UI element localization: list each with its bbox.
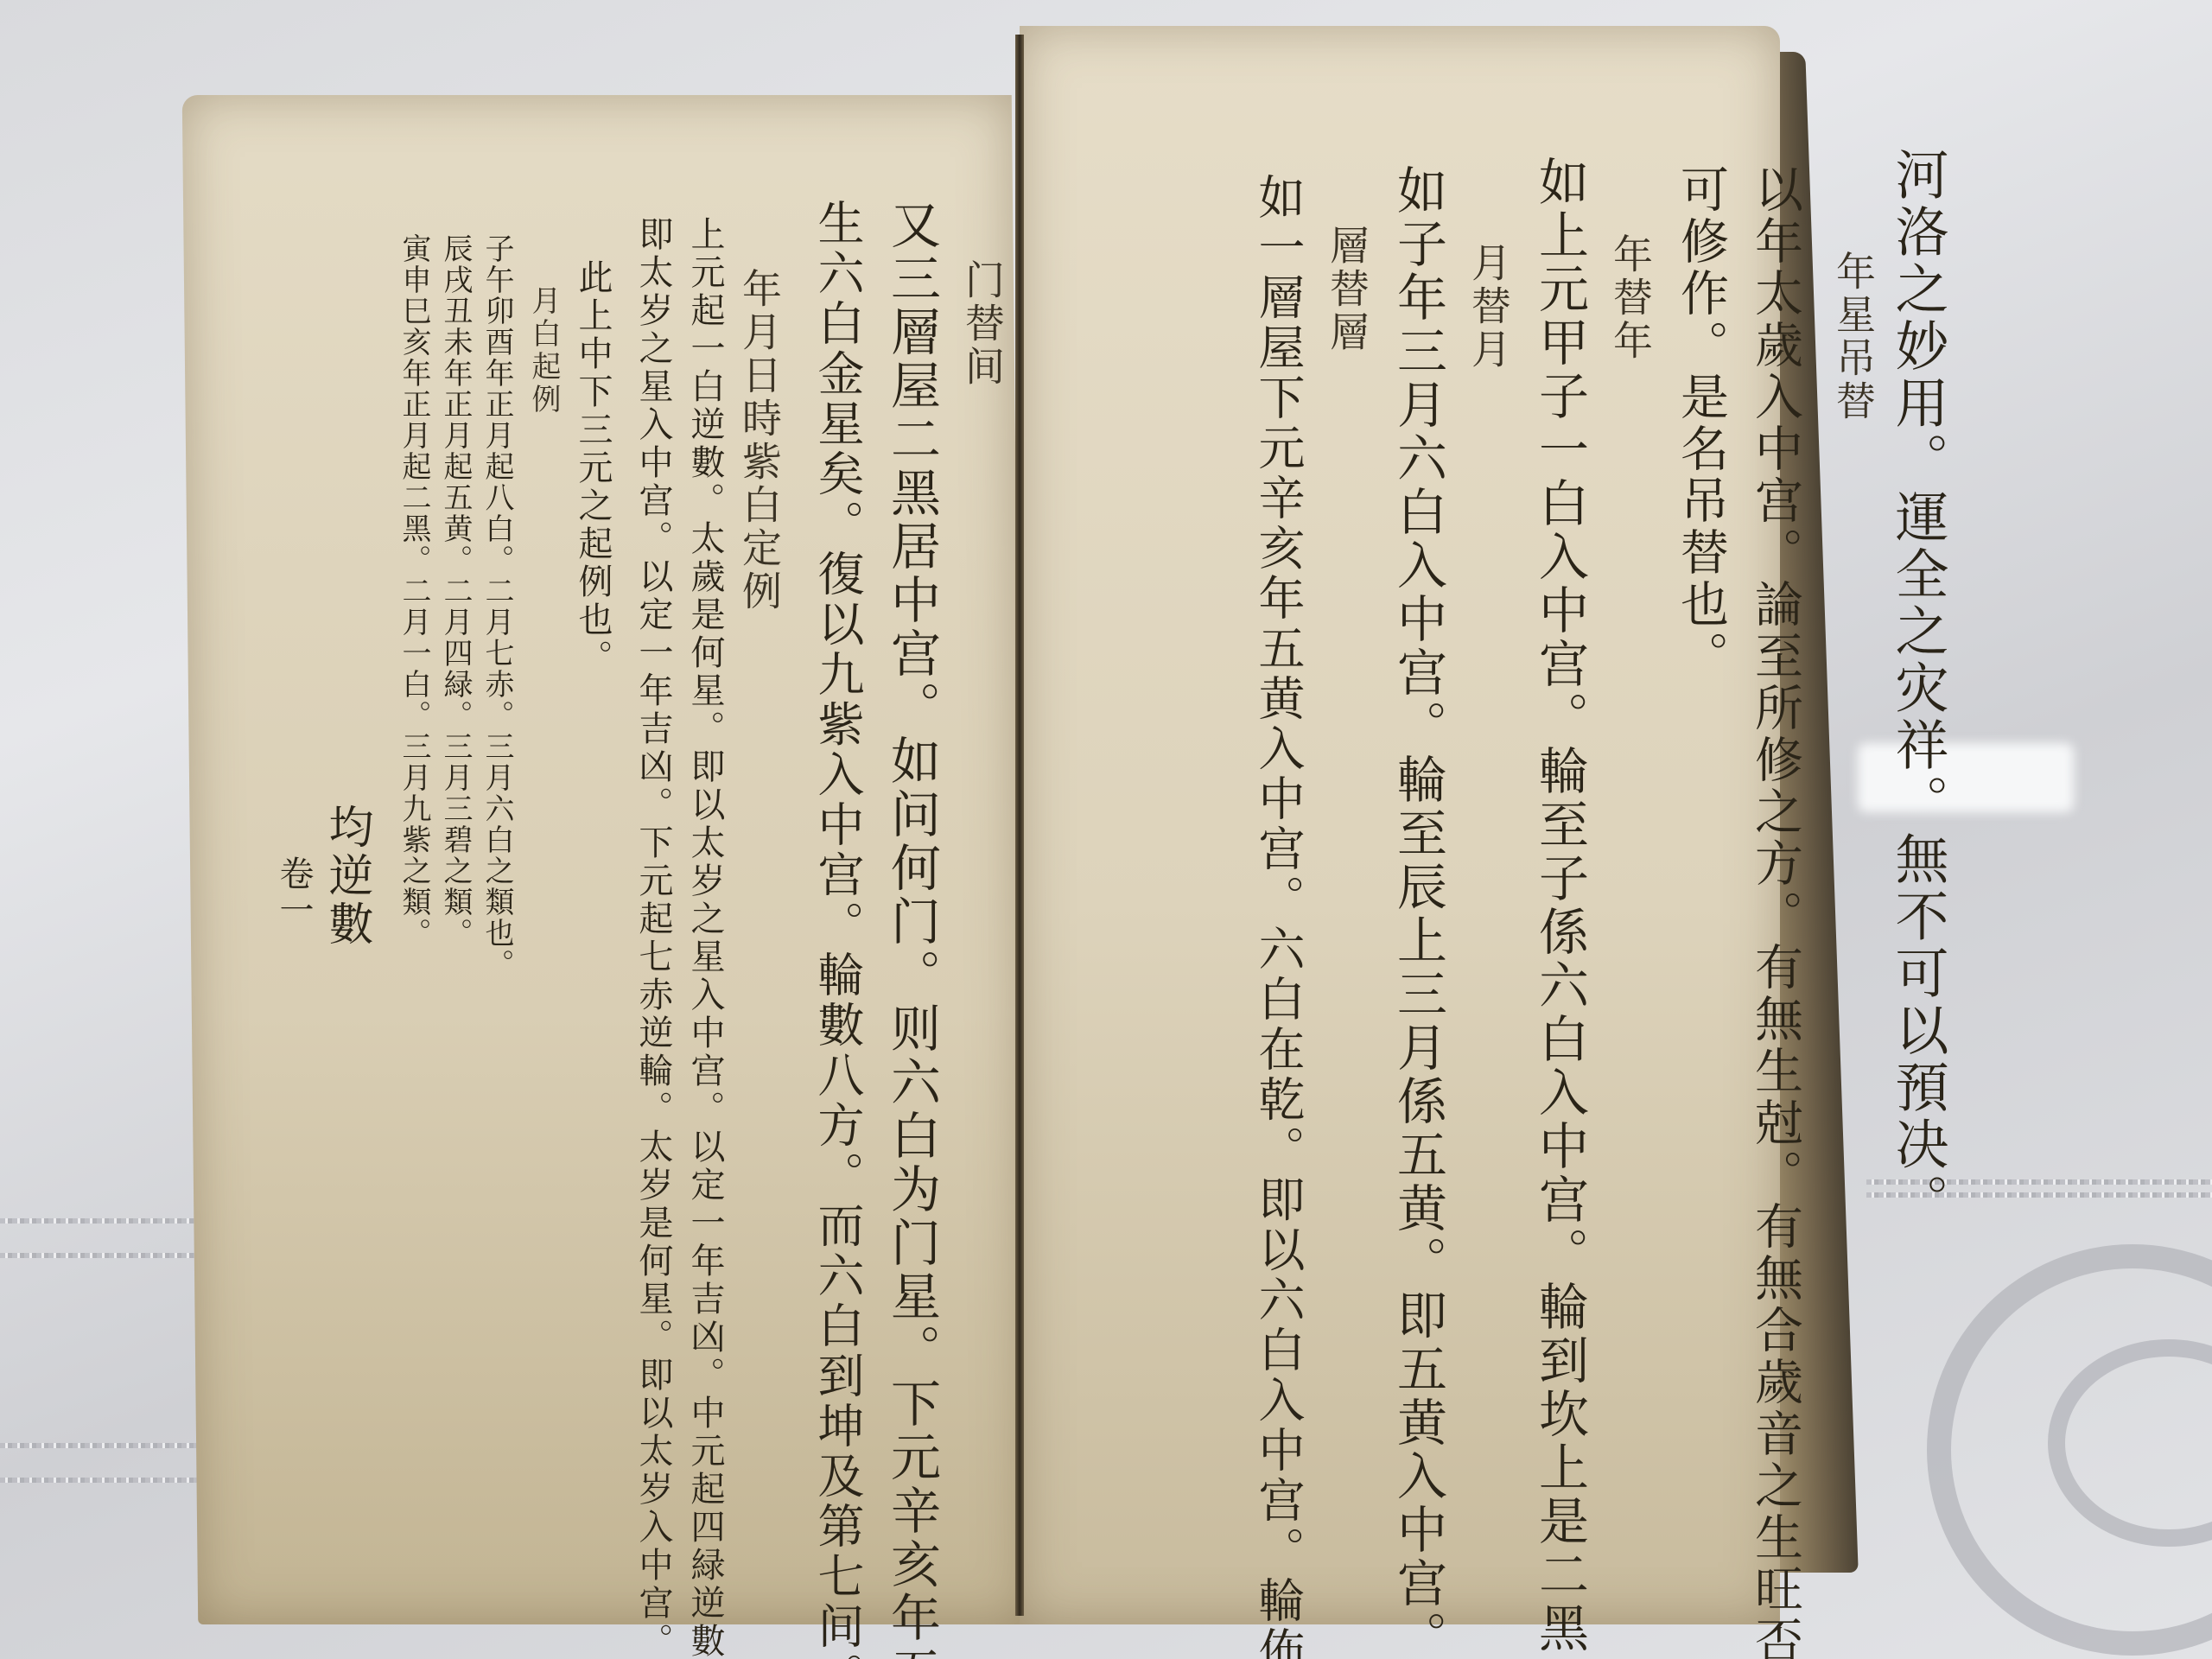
text-column: 河洛之妙用。運全之灾祥。無不可以預决。 <box>1891 147 1944 1599</box>
glitter-stripe <box>0 1478 216 1483</box>
text-column: 子午卯酉年正月起八白。二月七赤。三月六白之類也。 <box>482 233 512 1564</box>
text-column: 以年太歲入中宫。論至所修之方。有無生尅。有無合歲音之生旺否。據要吊三白到中宫。而… <box>1751 164 1799 1599</box>
text-column: 即太岁之星入中宫。以定一年吉凶。下元起七赤逆輪。太岁是何星。即以太岁入中宫。以定… <box>636 216 671 1564</box>
text-column: 生六白金星矣。復以九紫入中宫。輪數八方。而六白到坤及第七间。是门替间也。 <box>814 199 861 1564</box>
open-manuscript: 河洛之妙用。運全之灾祥。無不可以預决。 年星吊替 以年太歲入中宫。論至所修之方。… <box>190 17 1849 1642</box>
book-spine-gutter <box>1015 35 1024 1616</box>
text-column: 又三層屋二黑居中宫。如问何门。则六白为门星。下元辛亥年五黄入中宫。则又值九紫到门… <box>887 199 937 1564</box>
text-column: 可修作。是名吊替也。 <box>1676 164 1725 1599</box>
section-heading: 層替層 <box>1327 225 1367 1599</box>
folio-number: 卷一 <box>276 855 311 928</box>
section-heading: 月白起例 <box>529 285 558 1564</box>
section-heading: 年星吊替 <box>1834 251 1873 1599</box>
text-column: 此上中下三元之起例也。 <box>575 259 610 1564</box>
text-column: 寅申巳亥年正月起二黑。二月一白。三月九紫之類。 <box>399 233 429 1564</box>
section-heading: 年替年 <box>1611 233 1650 1599</box>
section-heading: 月替月 <box>1469 242 1509 1599</box>
text-column: 辰戌丑未年正月起五黄。二月四緑。三月三碧之類。 <box>441 233 470 1564</box>
annotation-note: 均逆數 <box>324 804 369 949</box>
right-page-text: 河洛之妙用。運全之灾祥。無不可以預决。 年星吊替 以年太歲入中宫。論至所修之方。… <box>1054 147 1944 1599</box>
section-heading: 门替间 <box>963 259 1002 1564</box>
text-column: 如一層屋下元辛亥年五黄入中宫。六白在乾。即以六白入中宫。輪佈八方。以視是生尅。是… <box>1255 173 1301 1599</box>
section-heading: 年月日時紫白定例 <box>740 268 779 1564</box>
text-column: 上元起一白逆數。太歲是何星。即以太岁之星入中宫。以定一年吉凶。中元起四緑逆數。太… <box>688 216 722 1564</box>
glitter-stripe <box>0 1443 216 1448</box>
text-column: 如子年三月六白入中宫。輪至辰上三月係五黄。即五黄入中宫。輪至辰上是四緑。此月替月… <box>1393 164 1443 1599</box>
glitter-stripe <box>0 1253 216 1258</box>
text-column: 如上元甲子一白入中宫。輪至子係六白入中宫。輪到坎上是二黑。是替年也。 <box>1535 156 1585 1599</box>
